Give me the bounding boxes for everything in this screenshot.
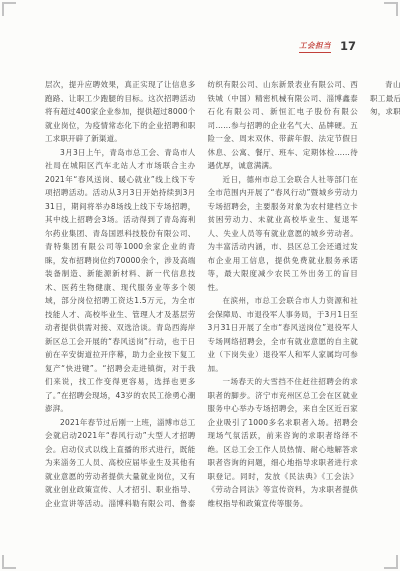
- crop-mark-top-left-icon: [2, 2, 16, 16]
- article-body: 层次，提升应聘效果，真正实现了让信息多跑路、让职工少跑腿的目标。这次招聘活动将有…: [45, 78, 358, 512]
- article-paragraph: 层次，提升应聘效果，真正实现了让信息多跑路、让职工少跑腿的目标。这次招聘活动将有…: [45, 78, 196, 146]
- page-number: 17: [340, 39, 356, 53]
- article-paragraph: 一场春天的大雪挡不住赶往招聘会的求职者的脚步。济宁市兖州区总工会在区就业服务中心…: [208, 375, 359, 510]
- magazine-page: 工会担当 17 层次，提升应聘效果，真正实现了让信息多跑路、让职工少跑腿的目标。…: [0, 0, 400, 571]
- editor-credit: 编辑◎潘 静: [370, 132, 400, 146]
- crop-mark-bottom-left-icon: [2, 555, 16, 569]
- crop-mark-bottom-right-icon: [384, 555, 398, 569]
- article-paragraph: 在滨州，市总工会联合市人力资源和社会保障局、市退役军人事务局，于3月1日至3月3…: [208, 294, 359, 375]
- article-paragraph: 青山绿水间，春风拂柳暖。在打破服务职工最后一公里的路上，“娘家人”的脚步匆匆，求…: [370, 78, 400, 119]
- crop-mark-top-right-icon: [384, 2, 398, 16]
- page-header: 工会担当 17: [299, 39, 356, 53]
- article-paragraph: 3月3日上午，青岛市总工会、青岛市人社局在城阳区汽车北站人才市场联合主办2021…: [45, 146, 196, 416]
- article-paragraph: 近日，德州市总工会联合人社等部门在全市范围内开展了“春风行动”暨城乡劳动力专场招…: [208, 173, 359, 295]
- column-label: 工会担当: [299, 40, 331, 53]
